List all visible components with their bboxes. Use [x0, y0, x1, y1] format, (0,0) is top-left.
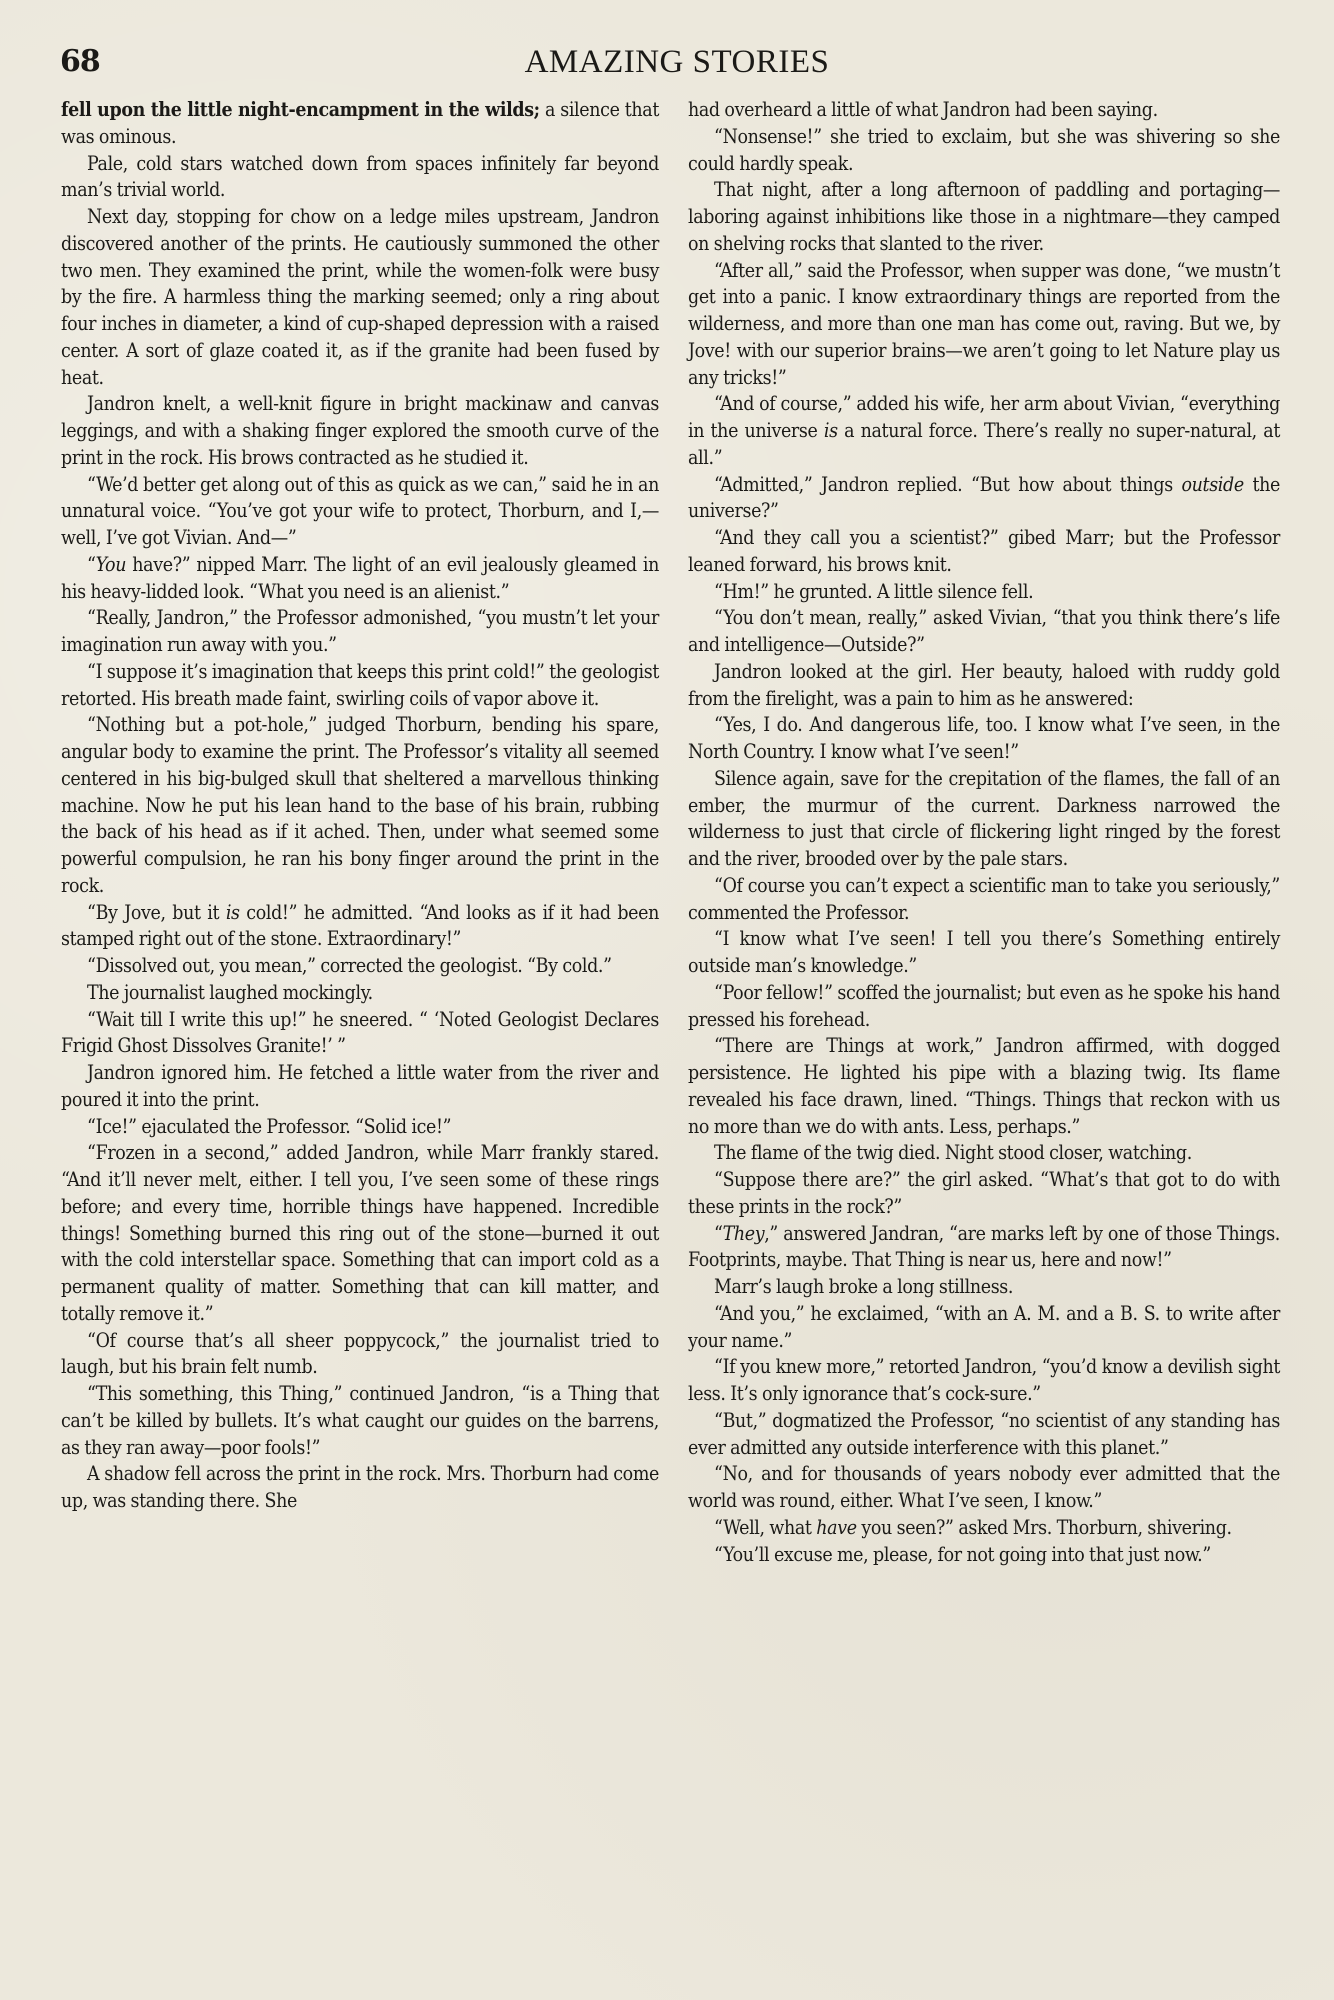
bold-lead-line: fell upon the little night-encampment in…	[61, 98, 540, 121]
paragraph: “There are Things at work,” Jandron affi…	[688, 1033, 1280, 1140]
paragraph: A shadow fell across the print in the ro…	[61, 1461, 659, 1515]
paragraph: Pale, cold stars watched down from space…	[61, 151, 659, 205]
paragraph: “Really, Jandron,” the Professor admonis…	[61, 605, 659, 659]
paragraph: “By Jove, but it is cold!” he admitted. …	[61, 900, 659, 954]
paragraph: “Of course you can’t expect a scientific…	[688, 873, 1280, 927]
paragraph: “If you knew more,” retorted Jandron, “y…	[688, 1354, 1280, 1408]
paragraph: “And they call you a scientist?” gibed M…	[688, 525, 1280, 579]
paragraph: “We’d better get along out of this as qu…	[61, 472, 659, 552]
paragraph: “No, and for thousands of years nobody e…	[688, 1461, 1280, 1515]
emphasis: is	[824, 419, 838, 442]
paragraph: Next day, stopping for chow on a ledge m…	[61, 204, 659, 391]
emphasis: You	[96, 553, 127, 576]
right-column: had overheard a little of what Jandron h…	[688, 97, 1280, 1568]
paragraph: “You have?” nipped Marr. The light of an…	[61, 552, 659, 606]
paragraph: “You don’t mean, really,” asked Vivian, …	[688, 605, 1280, 659]
paragraph: “But,” dogmatized the Professor, “no sci…	[688, 1408, 1280, 1462]
paragraph: “Nonsense!” she tried to exclaim, but sh…	[688, 124, 1280, 178]
paragraph: The flame of the twig died. Night stood …	[688, 1140, 1280, 1167]
paragraph: That night, after a long afternoon of pa…	[688, 177, 1280, 257]
magazine-page: 68 AMAZING STORIES fell upon the little …	[0, 0, 1334, 2000]
paragraph: “This something, this Thing,” continued …	[61, 1381, 659, 1461]
paragraph: “Ice!” ejaculated the Professor. “Solid …	[61, 1114, 659, 1141]
paragraph: Jandron knelt, a well-knit figure in bri…	[61, 391, 659, 471]
paragraph: “Suppose there are?” the girl asked. “Wh…	[688, 1167, 1280, 1221]
paragraph: Jandron ignored him. He fetched a little…	[61, 1060, 659, 1114]
paragraph: “And you,” he exclaimed, “with an A. M. …	[688, 1301, 1280, 1355]
paragraph: “Dissolved out, you mean,” corrected the…	[61, 953, 659, 980]
emphasis: is	[226, 901, 240, 924]
paragraph: “Wait till I write this up!” he sneered.…	[61, 1007, 659, 1061]
paragraph: “Well, what have you seen?” asked Mrs. T…	[688, 1515, 1280, 1542]
paragraph: “Frozen in a second,” added Jandron, whi…	[61, 1140, 659, 1327]
emphasis: have	[816, 1516, 856, 1539]
running-head: 68 AMAZING STORIES	[60, 42, 1282, 82]
paragraph: Silence again, save for the crepitation …	[688, 766, 1280, 873]
magazine-title: AMAZING STORIES	[60, 42, 1282, 82]
paragraph: “They,” answered Jandran, “are marks lef…	[688, 1221, 1280, 1275]
paragraph: Marr’s laugh broke a long stillness.	[688, 1274, 1280, 1301]
paragraph: “Poor fellow!” scoffed the journalist; b…	[688, 980, 1280, 1034]
paragraph: The journalist laughed mockingly.	[61, 980, 659, 1007]
left-column: fell upon the little night-encampment in…	[61, 97, 659, 1515]
paragraph: Jandron looked at the girl. Her beauty, …	[688, 659, 1280, 713]
paragraph: “And of course,” added his wife, her arm…	[688, 391, 1280, 471]
paragraph: had overheard a little of what Jandron h…	[688, 97, 1280, 124]
paragraph: “You’ll excuse me, please, for not going…	[688, 1542, 1280, 1569]
paragraph: “Admitted,” Jandron replied. “But how ab…	[688, 472, 1280, 526]
paragraph: “Yes, I do. And dangerous life, too. I k…	[688, 712, 1280, 766]
emphasis: They	[723, 1222, 765, 1245]
paragraph: “I suppose it’s imagination that keeps t…	[61, 659, 659, 713]
paragraph: fell upon the little night-encampment in…	[61, 97, 659, 151]
emphasis: outside	[1182, 473, 1244, 496]
paragraph: “Of course that’s all sheer poppycock,” …	[61, 1328, 659, 1382]
paragraph: “Nothing but a pot-hole,” judged Thorbur…	[61, 712, 659, 899]
paragraph: “Hm!” he grunted. A little silence fell.	[688, 579, 1280, 606]
paragraph: “I know what I’ve seen! I tell you there…	[688, 926, 1280, 980]
paragraph: “After all,” said the Professor, when su…	[688, 258, 1280, 392]
